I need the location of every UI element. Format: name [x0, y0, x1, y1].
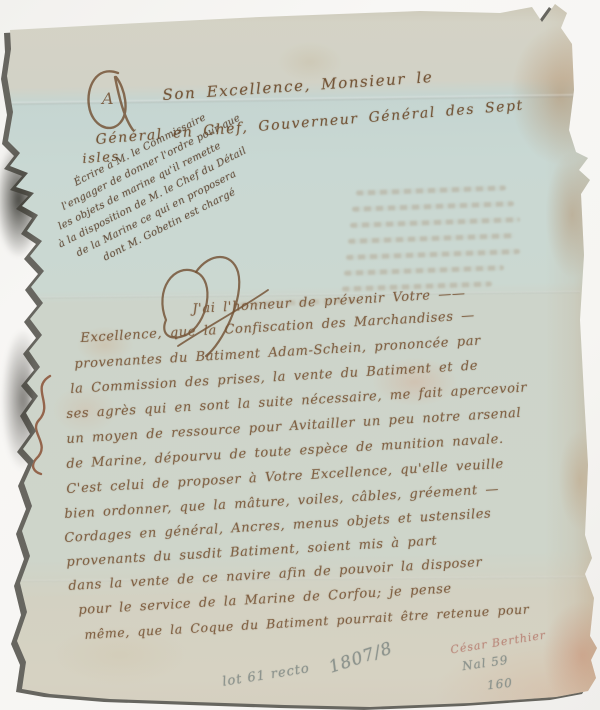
letter-paper: A Son Excellence, Monsieur le Général en…: [0, 0, 600, 710]
svg-text:A: A: [100, 89, 114, 108]
bleedthrough-line: [348, 233, 514, 244]
bleedthrough-line: [346, 249, 520, 260]
photo-of-letter: A Son Excellence, Monsieur le Général en…: [0, 0, 600, 710]
bleedthrough-line: [352, 201, 514, 212]
pencil-note-date: 1807/8: [327, 638, 396, 677]
flourished-initial-icon: A: [80, 64, 138, 138]
pencil-note-num: 160: [486, 676, 513, 693]
pencil-note-name: César Berthier: [450, 629, 547, 657]
bleedthrough-line: [356, 185, 506, 195]
bleedthrough-line: [344, 265, 504, 276]
pencil-note-ref: Nal 59: [461, 653, 509, 673]
pencil-note-lot: lot 61 recto: [221, 661, 311, 690]
bleedthrough-line: [350, 217, 520, 228]
